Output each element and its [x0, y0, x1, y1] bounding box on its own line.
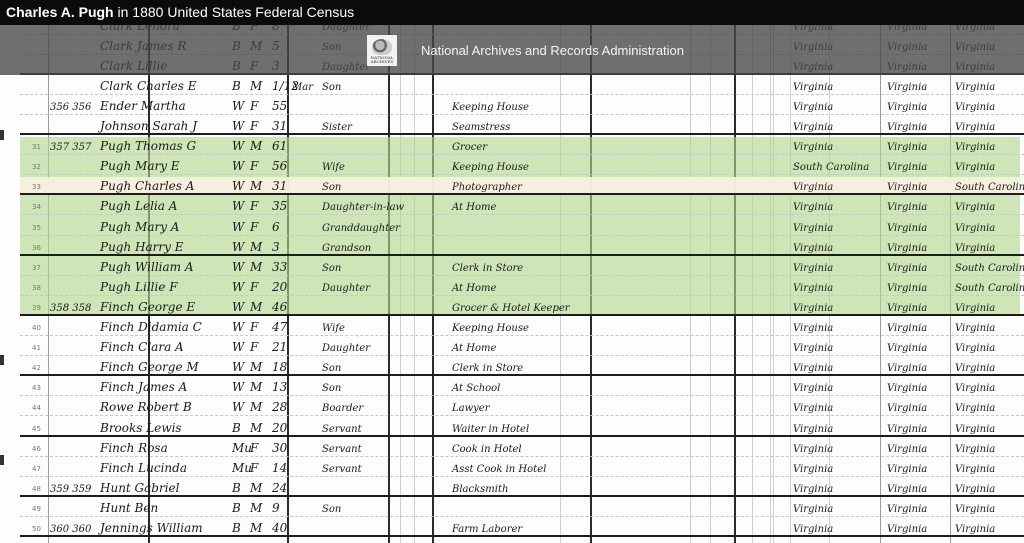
census-row[interactable]: 48359 359Hunt GabrielBM24BlacksmithVirgi… [0, 477, 1024, 497]
occupation: Blacksmith [452, 484, 508, 495]
father-birthplace: Virginia [887, 403, 927, 414]
age: 46 [272, 300, 287, 314]
race: W [232, 260, 244, 274]
logo-text: NATIONAL ARCHIVES [367, 56, 397, 64]
person-name[interactable]: Finch James A [100, 380, 187, 394]
mother-birthplace: South Carolina [955, 263, 1024, 274]
mother-birthplace: Virginia [955, 243, 995, 254]
person-name[interactable]: Finch Rosa [100, 441, 168, 455]
line-number: 37 [32, 264, 41, 272]
father-birthplace: Virginia [887, 122, 927, 133]
race: W [232, 320, 244, 334]
census-row[interactable]: 41Finch Clara AWF21DaughterAt HomeVirgin… [0, 337, 1024, 357]
sex: F [250, 220, 258, 234]
line-number: 32 [32, 163, 41, 171]
census-row[interactable]: 45Brooks LewisBM20ServantWaiter in Hotel… [0, 417, 1024, 437]
line-number: 35 [32, 224, 41, 232]
race: W [232, 280, 244, 294]
line-number: 42 [32, 364, 41, 372]
sex: F [250, 159, 258, 173]
relation: Daughter-in-law [322, 202, 404, 213]
father-birthplace: Virginia [887, 424, 927, 435]
sex: M [250, 380, 262, 394]
race: W [232, 360, 244, 374]
line-number: 34 [32, 203, 41, 211]
relation: Grandson [322, 243, 371, 254]
age: 6 [272, 220, 280, 234]
occupation: At Home [452, 283, 496, 294]
father-birthplace: Virginia [887, 444, 927, 455]
census-row[interactable]: 31357 357Pugh Thomas GWM61GrocerVirginia… [0, 136, 1024, 156]
birthplace: Virginia [793, 484, 833, 495]
father-birthplace: Virginia [887, 283, 927, 294]
age: 20 [272, 280, 287, 294]
father-birthplace: Virginia [887, 484, 927, 495]
age: 61 [272, 139, 287, 153]
relation: Son [322, 383, 341, 394]
mother-birthplace: Virginia [955, 142, 995, 153]
line-number: 33 [32, 183, 41, 191]
race: W [232, 119, 244, 133]
father-birthplace: Virginia [887, 303, 927, 314]
birthplace: Virginia [793, 403, 833, 414]
occupation: At School [452, 383, 500, 394]
national-archives-logo[interactable]: NATIONAL ARCHIVES [367, 35, 397, 66]
race: W [232, 99, 244, 113]
race: W [232, 139, 244, 153]
race: W [232, 380, 244, 394]
age: 14 [272, 461, 287, 475]
birthplace: Virginia [793, 303, 833, 314]
census-row[interactable]: 39358 358Finch George EWM46Grocer & Hote… [0, 296, 1024, 316]
scroll-edge-marker [0, 455, 4, 465]
sex: F [250, 441, 258, 455]
mother-birthplace: Virginia [955, 383, 995, 394]
race: B [232, 481, 241, 495]
sex: F [250, 340, 258, 354]
sex: M [250, 79, 262, 93]
census-row[interactable]: 33Pugh Charles AWM31SonPhotographerVirgi… [0, 176, 1024, 196]
occupation: Photographer [452, 182, 522, 193]
line-number: 45 [32, 425, 41, 433]
birthplace: Virginia [793, 383, 833, 394]
occupation: Grocer [452, 142, 487, 153]
father-birthplace: Virginia [887, 182, 927, 193]
age: 28 [272, 400, 287, 414]
age: 31 [272, 179, 287, 193]
birthplace: Virginia [793, 343, 833, 354]
mother-birthplace: Virginia [955, 484, 995, 495]
race: W [232, 199, 244, 213]
dwelling-number: 356 356 [50, 102, 91, 113]
line-number: 50 [32, 525, 41, 533]
census-image-viewer[interactable]: Clark LenoraBF8DaughterVirginiaVirginiaV… [0, 25, 1024, 543]
census-row[interactable]: 34Pugh Lelia AWF35Daughter-in-lawAt Home… [0, 196, 1024, 216]
line-number: 38 [32, 284, 41, 292]
mother-birthplace: Virginia [955, 464, 995, 475]
sex: M [250, 421, 262, 435]
person-name[interactable]: Finch Didamia C [100, 320, 202, 334]
person-name[interactable]: Finch George E [100, 300, 195, 314]
age: 13 [272, 380, 287, 394]
line-number: 46 [32, 445, 41, 453]
relation: Daughter [322, 343, 370, 354]
mother-birthplace: Virginia [955, 223, 995, 234]
race: Mu [232, 441, 252, 455]
census-row[interactable]: Johnson Sarah JWF31SisterSeamstressVirgi… [0, 116, 1024, 136]
scroll-edge-marker [0, 355, 4, 365]
line-number: 49 [32, 505, 41, 513]
mother-birthplace: Virginia [955, 363, 995, 374]
sex: F [250, 199, 258, 213]
age: 40 [272, 521, 287, 535]
birthplace: Virginia [793, 363, 833, 374]
mother-birthplace: Virginia [955, 303, 995, 314]
mother-birthplace: Virginia [955, 102, 995, 113]
dwelling-number: 358 358 [50, 303, 91, 314]
sex: M [250, 481, 262, 495]
person-name[interactable]: Charles A. Pugh [6, 4, 114, 20]
relation: Son [322, 363, 341, 374]
relation: Son [322, 504, 341, 515]
person-name[interactable]: Pugh Thomas G [100, 139, 196, 153]
census-row[interactable]: 43Finch James AWM13SonAt SchoolVirginiaV… [0, 377, 1024, 397]
record-title-bar: Charles A. Pugh in 1880 United States Fe… [0, 0, 1024, 25]
mother-birthplace: Virginia [955, 162, 995, 173]
father-birthplace: Virginia [887, 363, 927, 374]
sex: M [250, 300, 262, 314]
birthplace: Virginia [793, 223, 833, 234]
father-birthplace: Virginia [887, 82, 927, 93]
census-row[interactable]: 44Rowe Robert BWM28BoarderLawyerVirginia… [0, 397, 1024, 417]
occupation: Keeping House [452, 102, 529, 113]
person-name[interactable]: Pugh Harry E [100, 240, 183, 254]
age: 33 [272, 260, 287, 274]
race: W [232, 220, 244, 234]
person-name[interactable]: Pugh Lelia A [100, 199, 177, 213]
occupation: Asst Cook in Hotel [452, 464, 546, 475]
mother-birthplace: Virginia [955, 524, 995, 535]
race: W [232, 240, 244, 254]
sex: F [250, 280, 258, 294]
row-divider [20, 535, 1024, 537]
father-birthplace: Virginia [887, 263, 927, 274]
occupation: Farm Laborer [452, 524, 522, 535]
birth-month: Mar [292, 82, 313, 93]
line-number: 47 [32, 465, 41, 473]
person-name[interactable]: Ender Martha [100, 99, 186, 113]
occupation: Clerk in Store [452, 363, 523, 374]
census-row[interactable]: 47Finch LucindaMuF14ServantAsst Cook in … [0, 457, 1024, 477]
person-name[interactable]: Rowe Robert B [100, 400, 192, 414]
mother-birthplace: Virginia [955, 403, 995, 414]
birthplace: Virginia [793, 102, 833, 113]
birthplace: Virginia [793, 504, 833, 515]
occupation: Grocer & Hotel Keeper [452, 303, 570, 314]
census-row[interactable]: 50360 360Jennings WilliamBM40Farm Labore… [0, 518, 1024, 538]
age: 3 [272, 240, 280, 254]
age: 47 [272, 320, 287, 334]
relation: Servant [322, 424, 362, 435]
mother-birthplace: Virginia [955, 323, 995, 334]
age: 56 [272, 159, 287, 173]
birthplace: Virginia [793, 283, 833, 294]
birthplace: Virginia [793, 424, 833, 435]
census-row[interactable]: 42Finch George MWM18SonClerk in StoreVir… [0, 357, 1024, 377]
census-row[interactable]: 49Hunt BenBM9SonVirginiaVirginiaVirginia [0, 497, 1024, 517]
mother-birthplace: South Carolina [955, 182, 1024, 193]
father-birthplace: Virginia [887, 524, 927, 535]
sex: F [250, 99, 258, 113]
race: B [232, 521, 241, 535]
age: 30 [272, 441, 287, 455]
census-row[interactable]: 35Pugh Mary AWF6GranddaughterVirginiaVir… [0, 216, 1024, 236]
birthplace: Virginia [793, 323, 833, 334]
race: B [232, 501, 241, 515]
census-row[interactable]: 46Finch RosaMuF30ServantCook in HotelVir… [0, 437, 1024, 457]
father-birthplace: Virginia [887, 343, 927, 354]
person-name[interactable]: Finch Lucinda [100, 461, 187, 475]
eagle-icon [372, 39, 392, 55]
occupation: Keeping House [452, 323, 529, 334]
father-birthplace: Virginia [887, 102, 927, 113]
person-name[interactable]: Hunt Gabriel [100, 481, 180, 495]
census-row[interactable]: 38Pugh Lillie FWF20DaughterAt HomeVirgin… [0, 276, 1024, 296]
father-birthplace: Virginia [887, 383, 927, 394]
relation: Son [322, 263, 341, 274]
race: W [232, 300, 244, 314]
mother-birthplace: South Carolina [955, 283, 1024, 294]
mother-birthplace: Virginia [955, 122, 995, 133]
sex: M [250, 400, 262, 414]
age: 55 [272, 99, 287, 113]
line-number: 40 [32, 324, 41, 332]
mother-birthplace: Virginia [955, 82, 995, 93]
person-name[interactable]: Clark Charles E [100, 79, 196, 93]
age: 35 [272, 199, 287, 213]
census-row[interactable]: 32Pugh Mary EWF56WifeKeeping HouseSouth … [0, 156, 1024, 176]
birthplace: South Carolina [793, 162, 869, 173]
occupation: Cook in Hotel [452, 444, 522, 455]
birthplace: Virginia [793, 243, 833, 254]
line-number: 39 [32, 304, 41, 312]
race: Mu [232, 461, 252, 475]
sex: F [250, 119, 258, 133]
occupation: Lawyer [452, 403, 490, 414]
mother-birthplace: Virginia [955, 202, 995, 213]
relation: Sister [322, 122, 352, 133]
father-birthplace: Virginia [887, 162, 927, 173]
birthplace: Virginia [793, 182, 833, 193]
race: B [232, 79, 241, 93]
occupation: Keeping House [452, 162, 529, 173]
dwelling-number: 359 359 [50, 484, 91, 495]
race: W [232, 400, 244, 414]
father-birthplace: Virginia [887, 202, 927, 213]
race: W [232, 340, 244, 354]
census-row[interactable]: Clark Charles EBM1/12SonVirginiaVirginia… [0, 75, 1024, 95]
occupation: At Home [452, 343, 496, 354]
age: 24 [272, 481, 287, 495]
relation: Boarder [322, 403, 363, 414]
source-label[interactable]: National Archives and Records Administra… [421, 43, 684, 58]
race: B [232, 421, 241, 435]
age: 21 [272, 340, 287, 354]
line-number: 31 [32, 143, 41, 151]
person-name[interactable]: Hunt Ben [100, 501, 158, 515]
race: W [232, 159, 244, 173]
birthplace: Virginia [793, 263, 833, 274]
occupation: Waiter in Hotel [452, 424, 529, 435]
relation: Servant [322, 444, 362, 455]
relation: Son [322, 82, 341, 93]
line-number: 36 [32, 244, 41, 252]
birthplace: Virginia [793, 202, 833, 213]
census-row[interactable]: 40Finch Didamia CWF47WifeKeeping HouseVi… [0, 317, 1024, 337]
dwelling-number: 360 360 [50, 524, 91, 535]
age: 9 [272, 501, 280, 515]
sex: M [250, 240, 262, 254]
father-birthplace: Virginia [887, 243, 927, 254]
census-row[interactable]: 36Pugh Harry EWM3GrandsonVirginiaVirgini… [0, 236, 1024, 256]
mother-birthplace: Virginia [955, 504, 995, 515]
sex: M [250, 360, 262, 374]
birthplace: Virginia [793, 444, 833, 455]
relation: Granddaughter [322, 223, 400, 234]
relation: Wife [322, 162, 345, 173]
relation: Wife [322, 323, 345, 334]
person-name[interactable]: Finch George M [100, 360, 199, 374]
scroll-edge-marker [0, 130, 4, 140]
person-name[interactable]: Pugh William A [100, 260, 194, 274]
birthplace: Virginia [793, 82, 833, 93]
person-name[interactable]: Pugh Mary E [100, 159, 180, 173]
sex: M [250, 501, 262, 515]
dwelling-number: 357 357 [50, 142, 91, 153]
mother-birthplace: Virginia [955, 444, 995, 455]
mother-birthplace: Virginia [955, 343, 995, 354]
age: 31 [272, 119, 287, 133]
sex: M [250, 139, 262, 153]
relation: Son [322, 182, 341, 193]
birthplace: Virginia [793, 464, 833, 475]
father-birthplace: Virginia [887, 142, 927, 153]
sex: M [250, 260, 262, 274]
line-number: 48 [32, 485, 41, 493]
relation: Daughter [322, 283, 370, 294]
record-title: in 1880 United States Federal Census [118, 4, 355, 20]
mother-birthplace: Virginia [955, 424, 995, 435]
age: 20 [272, 421, 287, 435]
census-row[interactable]: 37Pugh William AWM33SonClerk in StoreVir… [0, 256, 1024, 276]
father-birthplace: Virginia [887, 323, 927, 334]
sex: F [250, 320, 258, 334]
relation: Servant [322, 464, 362, 475]
line-number: 44 [32, 404, 41, 412]
person-name[interactable]: Pugh Charles A [100, 179, 194, 193]
birthplace: Virginia [793, 142, 833, 153]
person-name[interactable]: Johnson Sarah J [100, 119, 197, 133]
person-name[interactable]: Pugh Mary A [100, 220, 179, 234]
person-name[interactable]: Finch Clara A [100, 340, 184, 354]
person-name[interactable]: Pugh Lillie F [100, 280, 178, 294]
age: 18 [272, 360, 287, 374]
father-birthplace: Virginia [887, 223, 927, 234]
sex: F [250, 461, 258, 475]
birthplace: Virginia [793, 524, 833, 535]
sex: M [250, 521, 262, 535]
occupation: At Home [452, 202, 496, 213]
line-number: 43 [32, 384, 41, 392]
father-birthplace: Virginia [887, 504, 927, 515]
person-name[interactable]: Jennings William [100, 521, 203, 535]
line-number: 41 [32, 344, 41, 352]
occupation: Clerk in Store [452, 263, 523, 274]
birthplace: Virginia [793, 122, 833, 133]
census-row[interactable]: 356 356Ender MarthaWF55Keeping HouseVirg… [0, 95, 1024, 115]
person-name[interactable]: Brooks Lewis [100, 421, 182, 435]
father-birthplace: Virginia [887, 464, 927, 475]
race: W [232, 179, 244, 193]
occupation: Seamstress [452, 122, 510, 133]
sex: M [250, 179, 262, 193]
